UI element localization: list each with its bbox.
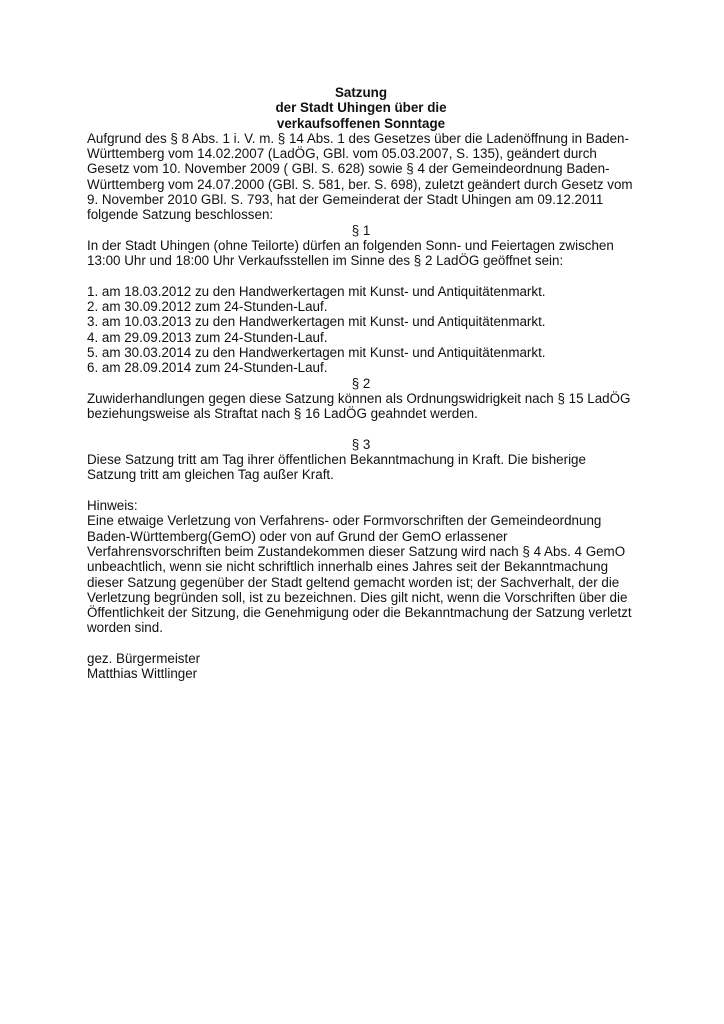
list-item: 1. am 18.03.2012 zu den Handwerkertagen … (87, 284, 647, 299)
document-title: Satzung der Stadt Uhingen über die verka… (87, 85, 635, 131)
section-2-line: Zuwiderhandlungen gegen diese Satzung kö… (87, 391, 647, 406)
notice-line: unbeachtlich, wenn sie nicht schriftlich… (87, 559, 647, 574)
preamble-line: Württemberg vom 14.02.2007 (LadÖG, GBl. … (87, 146, 647, 161)
section-3-text: Diese Satzung tritt am Tag ihrer öffentl… (87, 452, 647, 483)
spacer (87, 636, 647, 651)
preamble-line: 9. November 2010 GBl. S. 793, hat der Ge… (87, 192, 647, 207)
notice-line: Verfahrensvorschriften beim Zustandekomm… (87, 544, 647, 559)
preamble-line: folgende Satzung beschlossen: (87, 207, 647, 222)
spacer (87, 269, 647, 284)
notice-line: worden sind. (87, 620, 647, 635)
sunday-dates-list: 1. am 18.03.2012 zu den Handwerkertagen … (87, 284, 647, 376)
spacer (87, 422, 647, 437)
notice: Hinweis: Eine etwaige Verletzung von Ver… (87, 498, 647, 636)
title-line: verkaufsoffenen Sonntage (87, 116, 635, 131)
notice-line: Öffentlichkeit der Sitzung, die Genehmig… (87, 605, 647, 620)
section-1-text: In der Stadt Uhingen (ohne Teilorte) dür… (87, 238, 647, 269)
title-line: der Stadt Uhingen über die (87, 100, 635, 115)
notice-label: Hinweis: (87, 498, 647, 513)
signature-name: Matthias Wittlinger (87, 666, 647, 681)
document-page: Satzung der Stadt Uhingen über die verka… (87, 85, 647, 682)
notice-line: Verletzung begründen soll, ist zu bezeic… (87, 590, 647, 605)
list-item: 6. am 28.09.2014 zum 24-Stunden-Lauf. (87, 360, 647, 375)
section-3-heading: § 3 (87, 437, 635, 452)
section-2-line: beziehungsweise als Straftat nach § 16 L… (87, 406, 647, 421)
list-item: 2. am 30.09.2012 zum 24-Stunden-Lauf. (87, 299, 647, 314)
signature: gez. Bürgermeister Matthias Wittlinger (87, 651, 647, 682)
notice-line: Baden-Württemberg(GemO) oder von auf Gru… (87, 529, 647, 544)
section-1-heading: § 1 (87, 223, 635, 238)
preamble: Aufgrund des § 8 Abs. 1 i. V. m. § 14 Ab… (87, 131, 647, 223)
title-line: Satzung (87, 85, 635, 100)
list-item: 3. am 10.03.2013 zu den Handwerkertagen … (87, 314, 647, 329)
spacer (87, 483, 647, 498)
preamble-line: Württemberg vom 24.07.2000 (GBl. S. 581,… (87, 177, 647, 192)
section-3-line: Diese Satzung tritt am Tag ihrer öffentl… (87, 452, 647, 467)
section-2-text: Zuwiderhandlungen gegen diese Satzung kö… (87, 391, 647, 422)
section-3-line: Satzung tritt am gleichen Tag außer Kraf… (87, 467, 647, 482)
section-1-line: 13:00 Uhr und 18:00 Uhr Verkaufsstellen … (87, 253, 647, 268)
preamble-line: Aufgrund des § 8 Abs. 1 i. V. m. § 14 Ab… (87, 131, 647, 146)
section-2-heading: § 2 (87, 376, 635, 391)
notice-line: dieser Satzung gegenüber der Stadt gelte… (87, 575, 647, 590)
section-1-line: In der Stadt Uhingen (ohne Teilorte) dür… (87, 238, 647, 253)
list-item: 4. am 29.09.2013 zum 24-Stunden-Lauf. (87, 330, 647, 345)
list-item: 5. am 30.03.2014 zu den Handwerkertagen … (87, 345, 647, 360)
signature-title: gez. Bürgermeister (87, 651, 647, 666)
preamble-line: Gesetz vom 10. November 2009 ( GBl. S. 6… (87, 161, 647, 176)
notice-line: Eine etwaige Verletzung von Verfahrens- … (87, 513, 647, 528)
